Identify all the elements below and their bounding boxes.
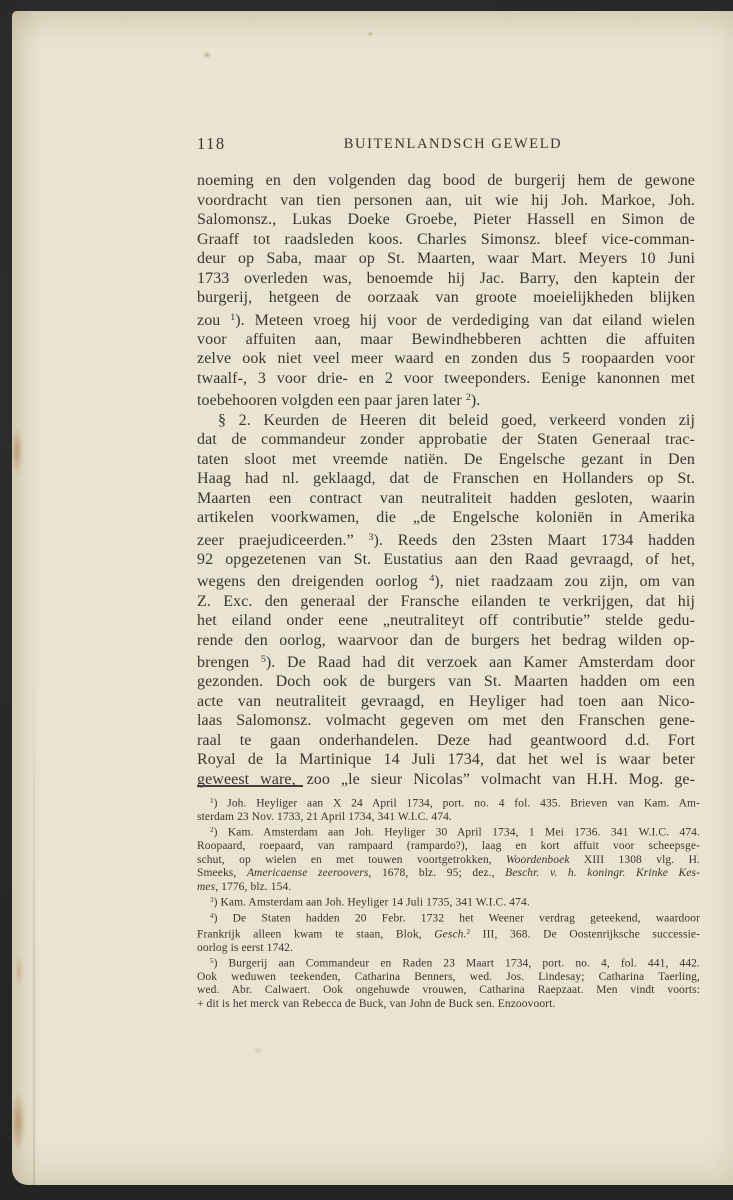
body-line: noeming en den volgenden dag bood de bur… (197, 171, 695, 191)
body-line: Royal de la Martinique 14 Juli 1734, dat… (197, 750, 695, 770)
text-segment: gezonden. Doch ook de burgers van St. Ma… (197, 673, 695, 690)
body-line: twaalf-, 3 voor drie- en 2 voor tweepond… (197, 369, 695, 389)
text-segment: zou (197, 311, 230, 328)
text-segment: sterdam 23 Nov. 1733, 21 April 1734, 341… (197, 811, 452, 823)
body-line: acte van neutraliteit gevraagd, en Heyli… (197, 692, 695, 712)
text-segment: ). De Raad had dit verzoek aan Kamer Ams… (266, 654, 695, 671)
text-segment: wegens den dreigenden oorlog (197, 573, 429, 590)
text-segment: acte van neutraliteit gevraagd, en Heyli… (197, 693, 695, 710)
text-segment: Beschr. v. h. koningr. Krinke Kes- (505, 867, 700, 879)
text-segment: 92 opgezetenen van St. Eustatius aan den… (197, 551, 695, 568)
footnote-line: schut, op wielen en met touwen voortgetr… (197, 854, 700, 867)
footnote-line: sterdam 23 Nov. 1733, 21 April 1734, 341… (197, 811, 700, 824)
text-segment: rende den oorlog, waarvoor dan de burger… (197, 632, 695, 649)
text-segment: mes (197, 881, 215, 893)
paper-stain (10, 419, 24, 483)
body-line: Maarten een contract van neutraliteit ha… (197, 489, 695, 509)
scan-background: 118 BUITENLANDSCH GEWELD noeming en den … (0, 0, 733, 1200)
text-segment: Royal de la Martinique 14 Juli 1734, dat… (197, 751, 695, 768)
body-line: voor affuiten aan, maar Bewindhebberen a… (197, 330, 695, 350)
text-segment: Woordenboek (506, 854, 570, 866)
body-line: deur op Saba, maar op St. Maarten, waar … (197, 249, 695, 269)
body-line: 1733 overleden was, benoemde hij Jac. Ba… (197, 269, 695, 289)
footnote-line: wed. Abr. Calwaert. Ook ongehuwde vrouwe… (197, 984, 700, 997)
body-line: gezonden. Doch ook de burgers van St. Ma… (197, 672, 695, 692)
text-segment: toebehooren volgden een paar jaren later (197, 392, 466, 409)
footnote-line: Ook weduwen teekenden, Catharina Benners… (197, 971, 700, 984)
text-segment: Smeeks, (197, 867, 247, 879)
footnote-line: 5) Burgerij aan Commandeur en Raden 23 M… (197, 955, 700, 971)
paper-stain (252, 1046, 264, 1055)
body-line: § 2. Keurden de Heeren dit beleid goed, … (197, 411, 695, 431)
text-segment: zeer praejudiceerden.” (197, 531, 369, 548)
footnote-line: Frankrijk alleen kwam te staan, Blok, Ge… (197, 926, 700, 942)
text-segment: laas Salomonsz. volmacht gegeven om met … (197, 712, 695, 729)
text-segment: ) Joh. Heyliger aan X 24 April 1734, por… (214, 797, 700, 809)
text-segment: ). (471, 392, 481, 409)
paper-stain (9, 1083, 27, 1161)
body-line: taten sloot met vreemde natiën. De Engel… (197, 450, 695, 470)
footnotes: 1) Joh. Heyliger aan X 24 April 1734, po… (197, 795, 700, 1011)
body-line: Graaff tot raadsleden koos. Charles Simo… (197, 230, 695, 250)
text-segment: Z. Exc. den generaal der Fransche eiland… (197, 593, 695, 610)
body-line: burgerij, hetgeen de oorzaak van groote … (197, 288, 695, 308)
body-line: raal te gaan onderhandelen. Deze had gea… (197, 731, 695, 751)
running-title: BUITENLANDSCH GEWELD (197, 136, 695, 153)
text-segment: schut, op wielen en met touwen voortgetr… (197, 854, 506, 866)
running-head: 118 BUITENLANDSCH GEWELD (197, 134, 695, 156)
body-line: toebehooren volgden een paar jaren later… (197, 388, 695, 410)
text-segment: ). Meteen vroeg hij voor de verdediging … (235, 311, 695, 328)
body-text: noeming en den volgenden dag bood de bur… (197, 171, 695, 789)
footnote-line: 4) De Staten hadden 20 Febr. 1732 het We… (197, 910, 700, 926)
text-segment: III, 368. De Oostenrijksche successie- (470, 928, 700, 940)
text-segment: het eiland onder eene „neutraliteyt off … (197, 612, 695, 629)
text-segment: zelve ook niet veel meer waard en zonden… (197, 350, 695, 367)
paper-stain (367, 31, 374, 37)
text-segment: taten sloot met vreemde natiën. De Engel… (197, 451, 695, 468)
text-segment: Maarten een contract van neutraliteit ha… (197, 490, 695, 507)
text-segment: ) Burgerij aan Commandeur en Raden 23 Ma… (214, 958, 700, 970)
text-segment: ). Reeds den 23sten Maart 1734 hadden (374, 531, 695, 548)
footnote-line: + dit is het merck van Rebecca de Buck, … (197, 998, 700, 1011)
footnote-line: Smeeks, Americaense zeeroovers, 1678, bl… (197, 867, 700, 880)
footnote-line: 1) Joh. Heyliger aan X 24 April 1734, po… (197, 795, 700, 811)
body-line: zelve ook niet veel meer waard en zonden… (197, 349, 695, 369)
paper-stain (202, 51, 212, 59)
body-line: wegens den dreigenden oorlog 4), niet ra… (197, 569, 695, 591)
body-line: rende den oorlog, waarvoor dan de burger… (197, 631, 695, 651)
text-segment: Haag had nl. geklaagd, dat de Franschen … (197, 470, 695, 487)
body-line: 92 opgezetenen van St. Eustatius aan den… (197, 550, 695, 570)
text-segment: artikelen voorkwamen, die „de Engelsche … (197, 509, 695, 526)
text-segment: twaalf-, 3 voor drie- en 2 voor tweepond… (197, 370, 695, 387)
text-segment: wed. Abr. Calwaert. Ook ongehuwde vrouwe… (197, 984, 700, 996)
body-line: artikelen voorkwamen, die „de Engelsche … (197, 508, 695, 528)
text-segment: Salomonsz., Lukas Doeke Groebe, Pieter H… (197, 211, 695, 228)
text-segment: Frankrijk alleen kwam te staan, Blok, (197, 928, 434, 940)
text-segment: dat de commandeur zonder approbatie der … (197, 431, 695, 448)
text-segment: Americaense zeeroovers (247, 867, 368, 879)
text-segment: Ook weduwen teekenden, Catharina Benners… (197, 971, 700, 983)
body-line: Salomonsz., Lukas Doeke Groebe, Pieter H… (197, 210, 695, 230)
body-line: Z. Exc. den generaal der Fransche eiland… (197, 592, 695, 612)
text-segment: Graaff tot raadsleden koos. Charles Simo… (197, 231, 695, 248)
text-segment: voor affuiten aan, maar Bewindhebberen a… (197, 331, 695, 348)
text-segment: § 2. Keurden de Heeren dit beleid goed, … (218, 412, 695, 429)
text-segment: , 1776, blz. 154. (215, 881, 291, 893)
text-segment: deur op Saba, maar op St. Maarten, waar … (197, 250, 695, 267)
text-segment: Gesch. (434, 928, 466, 940)
body-line: laas Salomonsz. volmacht gegeven om met … (197, 711, 695, 731)
text-segment: brengen (197, 654, 261, 671)
text-segment: voordracht van tien personen aan, uit wi… (197, 192, 695, 209)
text-segment: oorlog is eerst 1742. (197, 942, 293, 954)
paper-crease (33, 657, 35, 1185)
text-segment: ) De Staten hadden 20 Febr. 1732 het Wee… (214, 912, 700, 924)
body-line: voordracht van tien personen aan, uit wi… (197, 191, 695, 211)
text-segment: noeming en den volgenden dag bood de bur… (197, 172, 695, 189)
paper-stain (14, 951, 24, 991)
footnote-line: Roopaard, roepaard, van rampaard (rampar… (197, 840, 700, 853)
body-line: zeer praejudiceerden.” 3). Reeds den 23s… (197, 528, 695, 550)
footnote-line: 2) Kam. Amsterdam aan Joh. Heyliger 30 A… (197, 824, 700, 840)
book-page: 118 BUITENLANDSCH GEWELD noeming en den … (12, 11, 733, 1185)
text-segment: raal te gaan onderhandelen. Deze had gea… (197, 732, 695, 749)
text-segment: + dit is het merck van Rebecca de Buck, … (197, 998, 555, 1010)
footnote-divider (197, 785, 303, 787)
text-segment: XIII 1308 vlg. H. (570, 854, 700, 866)
text-segment: 1733 overleden was, benoemde hij Jac. Ba… (197, 270, 695, 287)
body-line: Haag had nl. geklaagd, dat de Franschen … (197, 469, 695, 489)
text-segment: ) Kam. Amsterdam aan Joh. Heyliger 14 Ju… (214, 896, 530, 908)
body-line: het eiland onder eene „neutraliteyt off … (197, 611, 695, 631)
footnote-line: mes, 1776, blz. 154. (197, 881, 700, 894)
text-segment: , 1678, blz. 95; dez., (368, 867, 505, 879)
text-segment: ), niet raadzaam zou zijn, om van (434, 573, 695, 590)
body-line: brengen 5). De Raad had dit verzoek aan … (197, 650, 695, 672)
text-segment: burgerij, hetgeen de oorzaak van groote … (197, 289, 695, 306)
body-line: zou 1). Meteen vroeg hij voor de verdedi… (197, 308, 695, 330)
footnote-line: 3) Kam. Amsterdam aan Joh. Heyliger 14 J… (197, 894, 700, 910)
footnote-line: oorlog is eerst 1742. (197, 942, 700, 955)
text-segment: Roopaard, roepaard, van rampaard (rampar… (197, 840, 700, 852)
text-segment: ) Kam. Amsterdam aan Joh. Heyliger 30 Ap… (214, 827, 700, 839)
body-line: dat de commandeur zonder approbatie der … (197, 430, 695, 450)
